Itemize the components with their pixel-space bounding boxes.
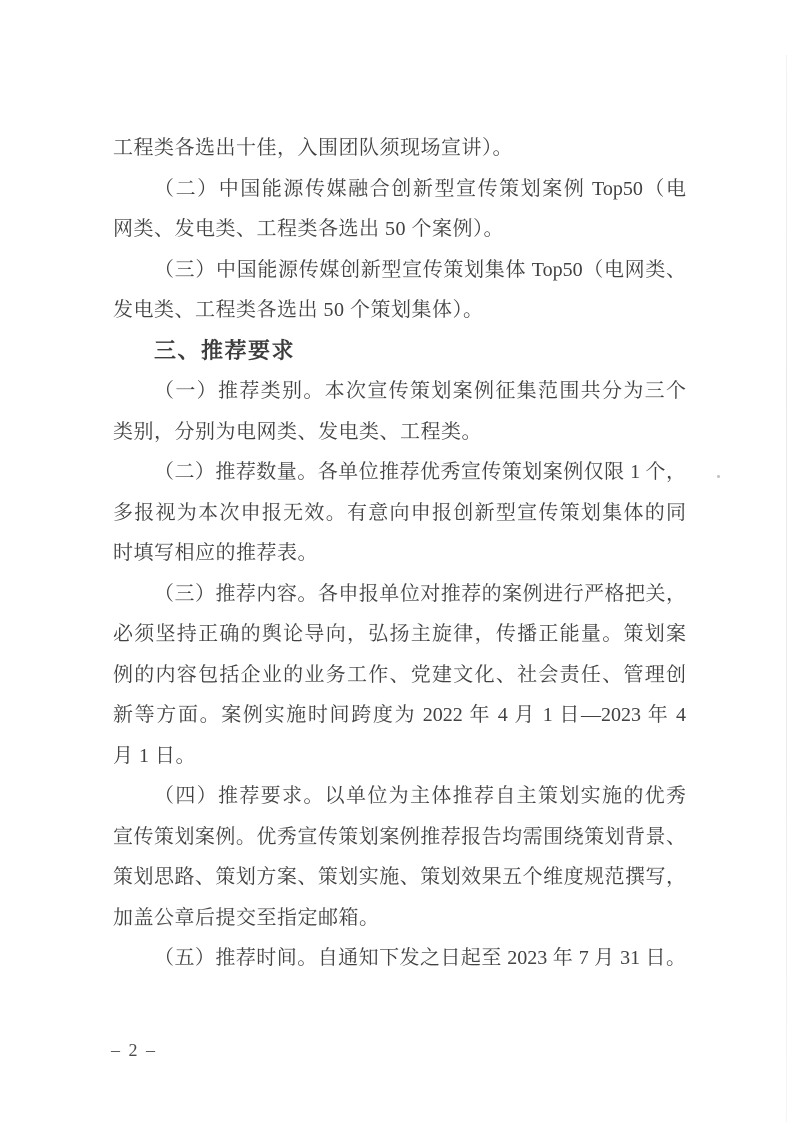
text-line: （五）推荐时间。自通知下发之日起至 2023 年 7 月 31 日。	[113, 938, 686, 979]
text-line: （三）中国能源传媒创新型宣传策划集体 Top50（电网类、	[113, 250, 686, 291]
text-line: 时填写相应的推荐表。	[113, 533, 686, 574]
text-line: 多报视为本次申报无效。有意向申报创新型宣传策划集体的同	[113, 493, 686, 534]
text-line: 新等方面。案例实施时间跨度为 2022 年 4 月 1 日—2023 年 4	[113, 695, 686, 736]
text-line: 月 1 日。	[113, 736, 686, 777]
scan-speck-artifact	[717, 475, 720, 478]
text-line: 宣传策划案例。优秀宣传策划案例推荐报告均需围绕策划背景、	[113, 817, 686, 858]
text-line: 类别，分别为电网类、发电类、工程类。	[113, 412, 686, 453]
text-line: 加盖公章后提交至指定邮箱。	[113, 898, 686, 939]
text-line: 例的内容包括企业的业务工作、党建文化、社会责任、管理创	[113, 655, 686, 696]
scanned-document-page: 工程类各选出十佳，入围团队须现场宣讲）。（二）中国能源传媒融合创新型宣传策划案例…	[0, 0, 794, 1122]
text-line: 网类、发电类、工程类各选出 50 个案例）。	[113, 209, 686, 250]
text-line: 工程类各选出十佳，入围团队须现场宣讲）。	[113, 128, 686, 169]
text-line: （四）推荐要求。以单位为主体推荐自主策划实施的优秀	[113, 776, 686, 817]
section-heading: 三、推荐要求	[113, 331, 686, 372]
text-line: （一）推荐类别。本次宣传策划案例征集范围共分为三个	[113, 371, 686, 412]
scan-edge-artifact	[786, 55, 787, 1122]
text-line: 发电类、工程类各选出 50 个策划集体）。	[113, 290, 686, 331]
text-line: 策划思路、策划方案、策划实施、策划效果五个维度规范撰写，	[113, 857, 686, 898]
page-number: – 2 –	[111, 1040, 157, 1061]
document-body: 工程类各选出十佳，入围团队须现场宣讲）。（二）中国能源传媒融合创新型宣传策划案例…	[113, 128, 686, 979]
text-line: （二）中国能源传媒融合创新型宣传策划案例 Top50（电	[113, 169, 686, 210]
text-line: （二）推荐数量。各单位推荐优秀宣传策划案例仅限 1 个，	[113, 452, 686, 493]
text-line: 必须坚持正确的舆论导向，弘扬主旋律，传播正能量。策划案	[113, 614, 686, 655]
text-line: （三）推荐内容。各申报单位对推荐的案例进行严格把关，	[113, 574, 686, 615]
